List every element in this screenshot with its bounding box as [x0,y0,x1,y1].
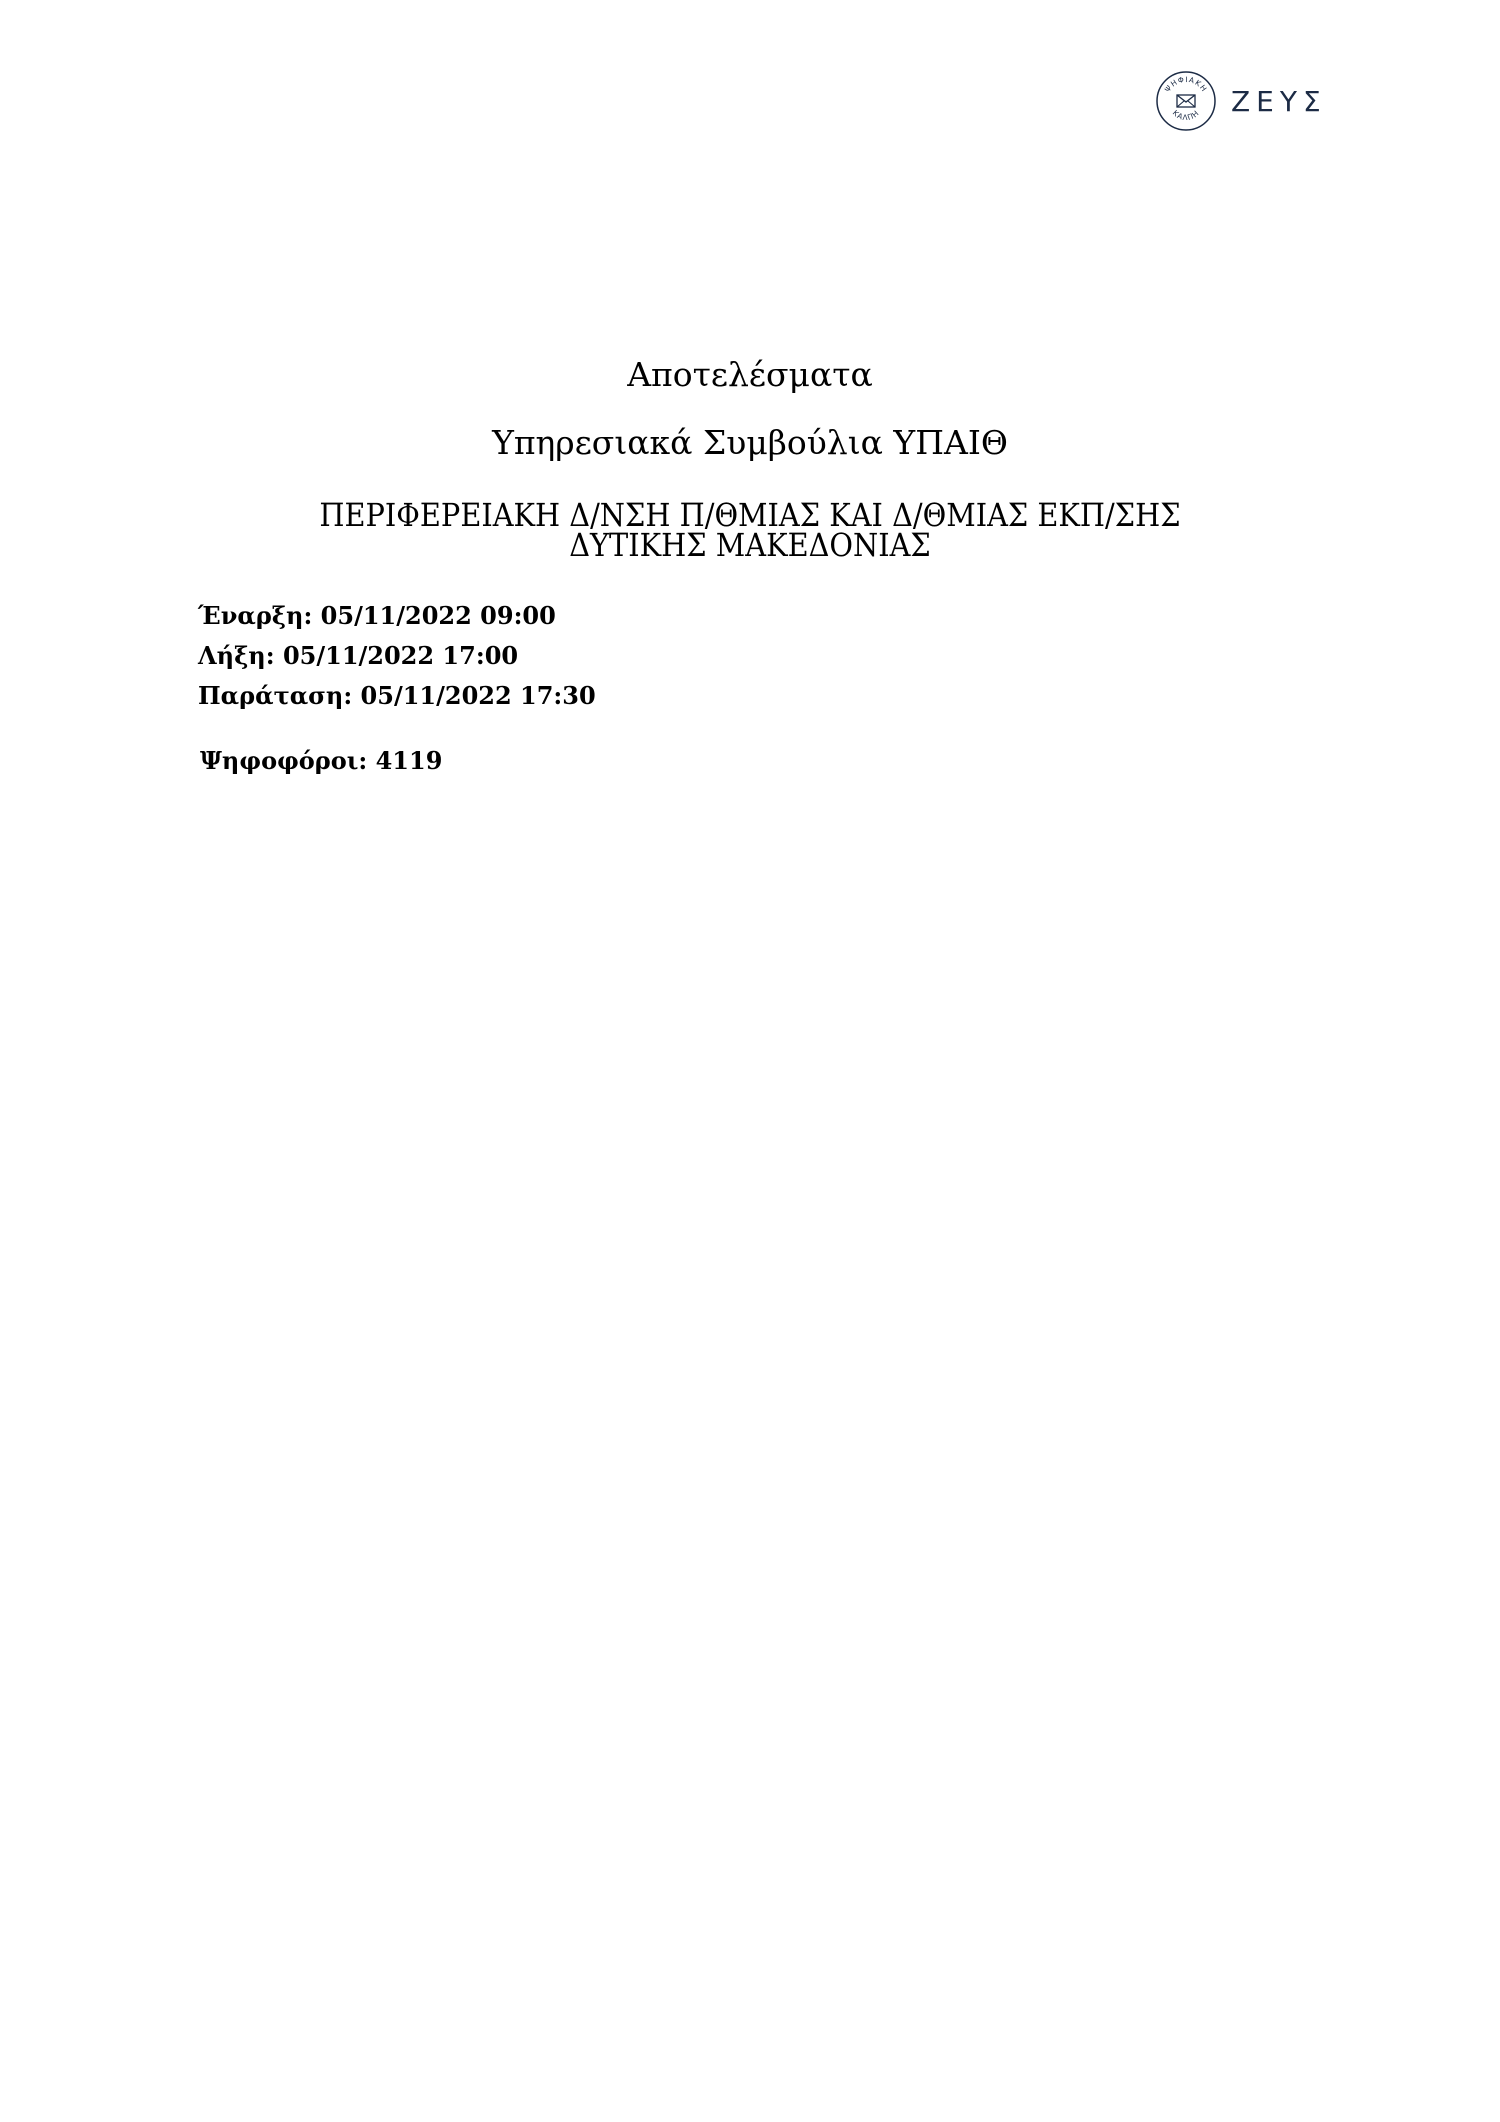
envelope-icon [1177,95,1195,107]
zeus-wordmark: ΖΕΥΣ [1231,85,1327,118]
page-title: Αποτελέσματα [0,355,1500,394]
zeus-logo: ΨΗΦΙΑΚΗ ΚΑΛΠΗ ΖΕΥΣ [1155,70,1327,132]
organization-name: ΠΕΡΙΦΕΡΕΙΑΚΗ Δ/ΝΣΗ Π/ΘΜΙΑΣ ΚΑΙ Δ/ΘΜΙΑΣ Ε… [75,500,1425,560]
end-time: Λήξη: 05/11/2022 17:00 [198,636,596,676]
voters-count: Ψηφοφόροι: 4119 [200,746,442,775]
digital-ballot-seal: ΨΗΦΙΑΚΗ ΚΑΛΠΗ [1155,70,1217,132]
page-subtitle: Υπηρεσιακά Συμβούλια ΥΠΑΙΘ [0,423,1500,462]
election-times: Έναρξη: 05/11/2022 09:00 Λήξη: 05/11/202… [198,596,596,716]
start-time: Έναρξη: 05/11/2022 09:00 [198,596,596,636]
organization-line-2: ΔΥΤΙΚΗΣ ΜΑΚΕΔΟΝΙΑΣ [75,530,1425,560]
extension-time: Παράταση: 05/11/2022 17:30 [198,676,596,716]
svg-text:ΚΑΛΠΗ: ΚΑΛΠΗ [1171,108,1201,122]
